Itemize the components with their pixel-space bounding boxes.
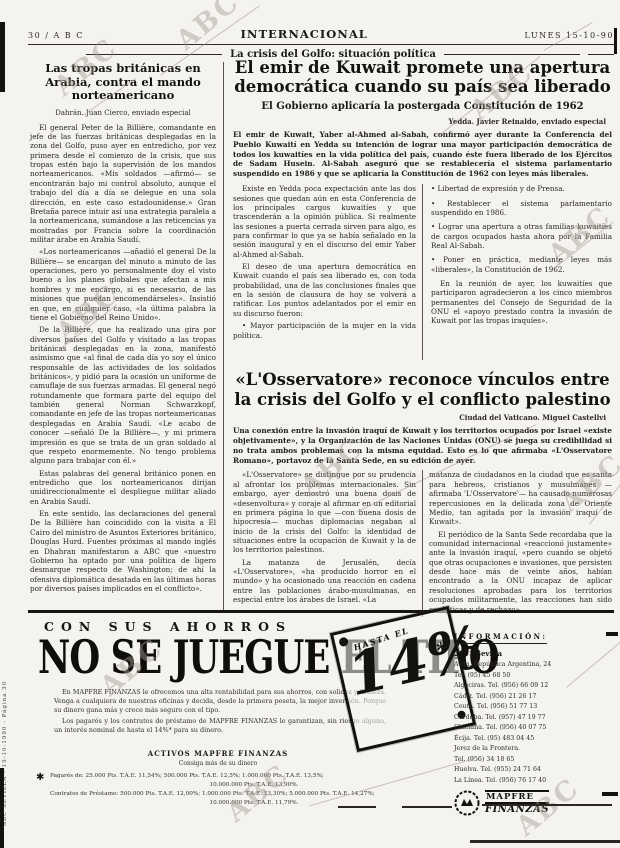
ad-product-name: ACTIVOS MAPFRE FINANZAS [88,749,348,758]
ad-slogan: Consiga más de su dinero [88,760,348,767]
info-line: La Línea. Tel. (956) 76 17 40 [454,777,610,784]
article-title: El emir de Kuwait promete una apertura d… [233,58,612,97]
body-paragraph: En la reunión de ayer, los kuwaitíes que… [429,279,612,326]
page-number: 30 / A B C [28,31,84,40]
logo-brand: MAPFRE [485,790,549,804]
article-title: Las tropas británicas en Arabia, contra … [30,62,216,103]
article-osservatore: «L'Osservatore» reconoce vínculos entre … [233,370,612,617]
scan-artifact [606,632,618,636]
topic-rule-right [444,54,580,55]
article-column-1: Existe en Yedda poca expectación ante la… [233,184,416,360]
column-divider [422,470,423,616]
article-byline: Ciudad del Vaticano. Miguel Castellvi [233,413,606,422]
info-line: Algeciras. Tel. (956) 66 09 12 [454,682,610,689]
mapfre-logo-icon [454,790,480,816]
info-line: Ceuta. Tel. (956) 51 77 13 [454,703,610,710]
scan-artifact [0,22,5,92]
ad-info-column: INFORMACIÓN: 2001 Sevilla Avda. Repúblic… [454,624,610,816]
info-header: INFORMACIÓN: [454,632,547,644]
body-paragraph: De la Billière, que ha realizado una gir… [30,325,216,465]
section-title: INTERNACIONAL [241,27,368,41]
bottom-rule-segment [482,804,612,806]
body-paragraph: «Los norteamericanos —añadió el general … [30,247,216,322]
body-paragraph: Existe en Yedda poca expectación ante la… [233,184,416,259]
article-british-troops: Las tropas británicas en Arabia, contra … [30,62,216,596]
topic-rule-left [86,54,222,55]
body-paragraph: El deseo de una apertura democrática en … [233,262,416,318]
article-columns: «L'Osservatore» se distingue por su prud… [233,470,612,616]
main-articles: El emir de Kuwait promete una apertura d… [233,58,612,617]
article-column-2: • Libertad de expresión y de Prensa. • R… [429,184,612,360]
scan-artifact [0,768,4,848]
article-byline: Dahrán. Juan Cierco, enviado especial [30,109,216,117]
article-subtitle: El Gobierno aplicaría la postergada Cons… [233,101,612,112]
info-line: Avda. República Argentina, 24 [454,661,610,668]
ad-top-rule [28,610,614,613]
body-paragraph: La matanza de Jerusalén, decía «L'Osserv… [233,558,416,605]
topic-rule-short [588,54,614,55]
newspaper-page: 30 / A B C INTERNACIONAL LUNES 15-10-90 … [0,0,620,848]
bullet-item: • Restablecer el sistema parlamentario s… [429,199,612,218]
body-paragraph: • Mayor participación de la mujer en la … [233,321,416,340]
mapfre-advertisement: ABC SEVILLA - 15-10-1990 - Página 30 CON… [28,614,614,840]
body-paragraph: matanza de ciudadanos en la ciudad que e… [429,470,612,526]
fine-print-line: Contratos de Préstamo: 500.000 Pts. T.A.… [50,790,458,799]
fine-print-line: 10.000.000 Pts. T.A.E. 13,90%. [50,781,458,790]
body-paragraph: El general Peter de la Billière, comanda… [30,123,216,245]
asterisk-icon: ✱ [36,772,44,783]
bullet-item: • Lograr una apertura a otras familias k… [429,222,612,250]
ad-fine-print: Pagarés de: 25.000 Pts. T.A.E. 11,54%; 5… [50,772,458,809]
bottom-rule-segment [402,806,452,808]
ad-body: En MAPFRE FINANZAS le ofrecemos una alta… [54,688,386,737]
ad-paragraph: En MAPFRE FINANZAS le ofrecemos una alta… [54,688,386,715]
page-header: 30 / A B C INTERNACIONAL LUNES 15-10-90 [28,27,614,41]
body-paragraph: En este sentido, las declaraciones del g… [30,509,216,593]
article-emir: El emir de Kuwait promete una apertura d… [233,58,612,360]
article-title: «L'Osservatore» reconoce vínculos entre … [233,370,612,409]
info-line: Tel. (95) 45 68 50 [454,672,610,679]
header-rule [28,44,614,45]
article-column-1: «L'Osservatore» se distingue por su prud… [233,470,416,616]
bullet-item: • Poner en práctica, mediante leyes más … [429,255,612,274]
ad-paragraph: Los pagarés y los contratos de préstamo … [54,717,386,735]
page-date: LUNES 15-10-90 [525,31,614,40]
info-line: Huelva. Tel. (955) 24 71 64 [454,766,610,773]
body-paragraph: Estas palabras del general británico pon… [30,469,216,506]
mapfre-logo-text: MAPFRE FINANZAS [485,790,549,815]
scan-artifact [614,28,617,54]
body-paragraph: «L'Osservatore» se distingue por su prud… [233,470,416,554]
info-line: Chiclana. Tel. (956) 40 07 75 [454,724,610,731]
article-body: El general Peter de la Billière, comanda… [30,123,216,594]
article-intro: El emir de Kuwait, Yaber al-Ahmed al-Sab… [233,130,612,179]
body-paragraph: El periódico de la Santa Sede recordaba … [429,530,612,614]
bottom-rule-segment [338,806,376,808]
info-city: 2001 Sevilla [454,649,610,658]
info-line: Écija. Tel. (95) 483 04 45 [454,735,610,742]
bullet-item: • Libertad de expresión y de Prensa. [429,184,612,193]
info-line: Jerez de la Frontera. [454,745,610,752]
scan-artifact [602,792,618,796]
info-line: Córdoba. Tel. (957) 47 19 77 [454,714,610,721]
fine-print-line: 10.000.000 Pts. T.A.E. 11,79%. [50,799,458,808]
mapfre-logo: MAPFRE FINANZAS [454,790,610,816]
bottom-rule-segment [470,840,620,843]
column-divider [422,184,423,360]
info-line: Cádiz. Tel. (956) 21 26 17 [454,693,610,700]
article-columns: Existe en Yedda poca expectación ante la… [233,184,612,360]
info-line: Tel. (956) 34 18 65 [454,756,610,763]
article-byline: Yedda. Javier Reinaldo, enviado especial [233,117,606,126]
article-column-2: matanza de ciudadanos en la ciudad que e… [429,470,612,616]
article-intro: Una conexión entre la invasión iraquí de… [233,426,612,465]
column-divider [223,62,224,610]
fine-print-line: Pagarés de: 25.000 Pts. T.A.E. 11,54%; 5… [50,772,458,781]
